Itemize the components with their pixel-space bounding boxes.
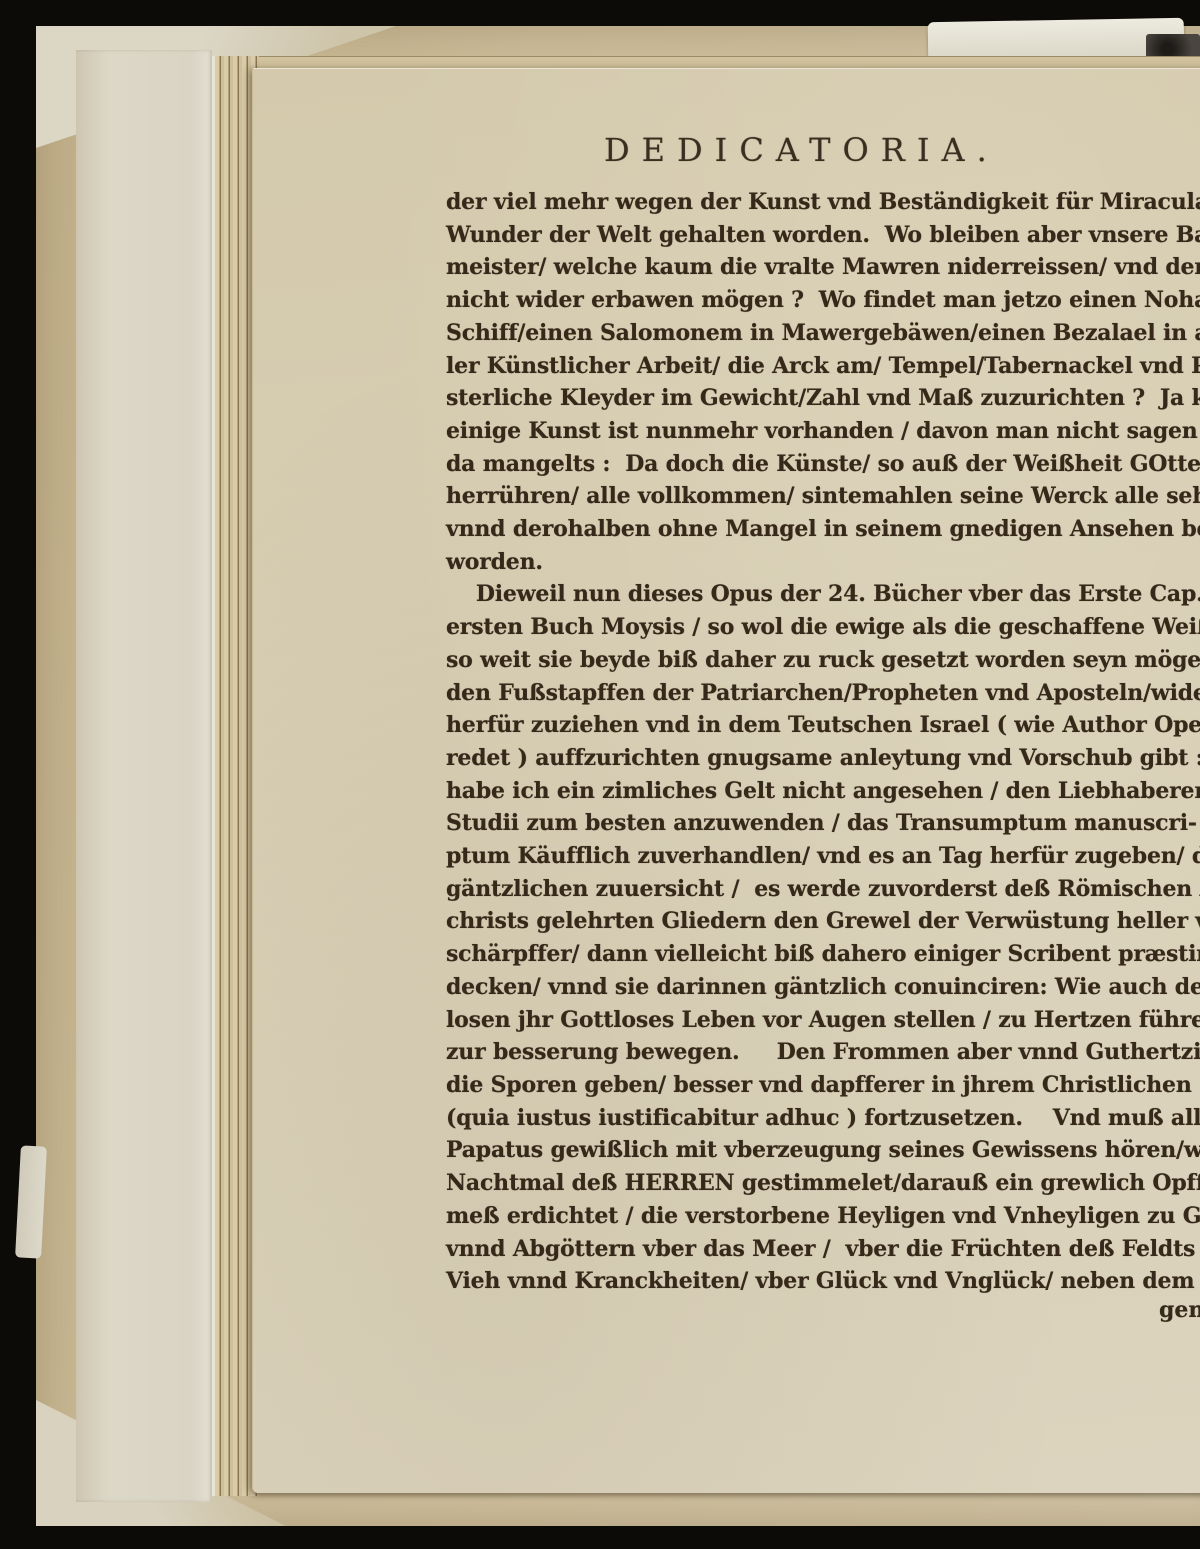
endpaper-flyleaf — [76, 50, 212, 1502]
page-heading: DEDICATORIA. — [604, 129, 1200, 171]
text-line: vnnd derohalben ohne Mangel in seinem gn… — [446, 513, 1200, 546]
text-line: einige Kunst ist nunmehr vorhanden / dav… — [446, 415, 1200, 448]
text-line: da mangelts : Da doch die Künste/ so auß… — [446, 448, 1200, 481]
text-line: christs gelehrten Gliedern den Grewel de… — [446, 905, 1200, 938]
text-line: ler Künstlicher Arbeit/ die Arck am/ Tem… — [446, 350, 1200, 383]
text-line: Wunder der Welt gehalten worden. Wo blei… — [446, 219, 1200, 252]
text-line: worden. — [446, 546, 1200, 579]
text-line: decken/ vnnd sie darinnen gäntzlich conu… — [446, 971, 1200, 1004]
text-line: nicht wider erbawen mögen ? Wo findet ma… — [446, 284, 1200, 317]
text-line: (quia iustus iustificabitur adhuc ) fort… — [446, 1102, 1200, 1135]
text-line: meß erdichtet / die verstorbene Heyligen… — [446, 1200, 1200, 1233]
text-line: herrühren/ alle vollkommen/ sintemahlen … — [446, 480, 1200, 513]
text-line: meister/ welche kaum die vralte Mawren n… — [446, 251, 1200, 284]
text-line: herfür zuziehen vnd in dem Teutschen Isr… — [446, 709, 1200, 742]
text-line: redet ) auffzurichten gnugsame anleytung… — [446, 742, 1200, 775]
text-line: habe ich ein zimliches Gelt nicht angese… — [446, 775, 1200, 808]
text-line: die Sporen geben/ besser vnd dapfferer i… — [446, 1069, 1200, 1102]
text-line: Schiff/einen Salomonem in Mawergebäwen/e… — [446, 317, 1200, 350]
text-line: Papatus gewißlich mit vberzeugung seines… — [446, 1134, 1200, 1167]
catchword: gen — [1159, 1297, 1200, 1323]
text-line: losen jhr Gottloses Leben vor Augen stel… — [446, 1004, 1200, 1037]
body-text: der viel mehr wegen der Kunst vnd Bestän… — [446, 186, 1200, 1298]
text-block: DEDICATORIA. der viel mehr wegen der Kun… — [446, 129, 1200, 1298]
text-line: den Fußstapffen der Patriarchen/Prophete… — [446, 677, 1200, 710]
text-line: Studii zum besten anzuwenden / das Trans… — [446, 807, 1200, 840]
text-line: ptum Käufflich zuverhandlen/ vnd es an T… — [446, 840, 1200, 873]
text-line: zur besserung bewegen. Den Frommen aber … — [446, 1036, 1200, 1069]
text-line: sterliche Kleyder im Gewicht/Zahl vnd Ma… — [446, 382, 1200, 415]
text-line: ersten Buch Moysis / so wol die ewige al… — [446, 611, 1200, 644]
text-line: schärpffer/ dann vielleicht biß dahero e… — [446, 938, 1200, 971]
text-line: Dieweil nun dieses Opus der 24. Bücher v… — [446, 578, 1200, 611]
text-line: gäntzlichen zuuersicht / es werde zuvord… — [446, 873, 1200, 906]
text-line: Vieh vnnd Kranckheiten/ vber Glück vnd V… — [446, 1265, 1200, 1298]
book-page: DEDICATORIA. der viel mehr wegen der Kun… — [252, 68, 1200, 1493]
text-line: vnnd Abgöttern vber das Meer / vber die … — [446, 1233, 1200, 1266]
text-line: Nachtmal deß HERREN gestimmelet/darauß e… — [446, 1167, 1200, 1200]
scanned-book-photo: DEDICATORIA. der viel mehr wegen der Kun… — [0, 0, 1200, 1549]
text-line: so weit sie beyde biß daher zu ruck gese… — [446, 644, 1200, 677]
text-line: der viel mehr wegen der Kunst vnd Bestän… — [446, 186, 1200, 219]
